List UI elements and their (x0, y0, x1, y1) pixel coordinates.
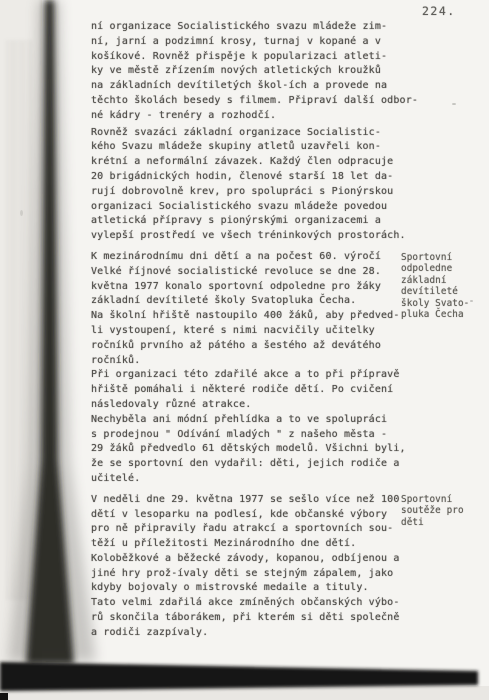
text-line: ní, jarní a podzimní krosy, turnaj v kop… (91, 35, 421, 50)
paragraph: V neděli dne 29. května 1977 se sešlo ví… (91, 493, 421, 641)
text-line: že se sportovní den vydařil: děti, jejic… (91, 457, 421, 472)
scan-background (0, 686, 489, 700)
text-line: děti (401, 517, 485, 528)
text-line: odpoledne (401, 263, 485, 274)
text-line: ročníků prvního až pátého a šestého až d… (91, 339, 421, 354)
scanner-margin (0, 0, 42, 700)
text-line: krétní a neformální závazek. Každý člen … (91, 155, 421, 170)
page-number: 224. (422, 4, 456, 18)
text-line: Rovněž svazáci základní organizace Socia… (91, 126, 421, 141)
text-line: školy Svato- (401, 298, 485, 309)
text-line: ročníků. (91, 354, 421, 369)
text-line: ní organizace Socialistického svazu mlád… (91, 20, 421, 35)
text-line: Tato velmi zdařilá akce zmíněných občans… (91, 596, 421, 611)
paragraph: ní organizace Socialistického svazu mlád… (91, 20, 421, 124)
text-line: K mezinárodnímu dni dětí a na počest 60.… (91, 250, 421, 265)
text-line: Koloběžkové a běžecké závody, kopanou, o… (91, 552, 421, 567)
text-line: základní (401, 275, 485, 286)
text-line: s prodejnou " Odívání mladých " z našeho… (91, 428, 421, 443)
text-line: kého Svazu mládeže skupiny atletů uzavře… (91, 140, 421, 155)
text-line: Na školní hřiště nastoupilo 400 žáků, ab… (91, 309, 421, 324)
text-line: li vystoupení, které s nimi nacvičily uč… (91, 324, 421, 339)
text-line: organizaci Socialistického svazu mládeže… (91, 200, 421, 215)
scan-speck (452, 103, 456, 105)
text-line: soutěže pro (401, 505, 485, 516)
text-line: učitelé. (91, 472, 421, 487)
text-line: 20 brigádnických hodin, členové starší 1… (91, 170, 421, 185)
text-line: Při organizaci této zdařilé akce a to př… (91, 368, 421, 383)
text-line: Sportovní (401, 252, 485, 263)
text-line: vylepší prostředí ve všech tréninkových … (91, 229, 421, 244)
body-text: ní organizace Socialistického svazu mlád… (91, 20, 421, 643)
text-line: košíkové. Rovněž přispěje k popularizaci… (91, 50, 421, 65)
text-line: rují dobrovolně krev, pro spolupráci s P… (91, 185, 421, 200)
paragraph: K mezinárodnímu dni dětí a na počest 60.… (91, 250, 421, 487)
paragraph: Rovněž svazáci základní organizace Socia… (91, 126, 421, 244)
text-line: rů skončila táborákem, při kterém si dět… (91, 611, 421, 626)
text-line: základní devítileté školy Svatopluka Čec… (91, 294, 421, 309)
text-line: V neděli dne 29. května 1977 se sešlo ví… (91, 493, 421, 508)
text-line: ky ve městě zřízením nových atletických … (91, 64, 421, 79)
text-line: Velké říjnové socialistické revoluce se … (91, 265, 421, 280)
text-line: hřiště pomáhali i některé rodiče dětí. P… (91, 383, 421, 398)
text-line: a rodiči zazpívaly. (91, 626, 421, 641)
text-line: pluka Čecha (401, 309, 485, 320)
text-line: Sportovní (401, 494, 485, 505)
text-line: května 1977 konalo sportovní odpoledne p… (91, 280, 421, 295)
text-line: dětí v lesoparku na podlesí, kde občansk… (91, 508, 421, 523)
text-line: atletická přípravy s pionýrskými organiz… (91, 214, 421, 229)
text-line: na základních devítiletých škol-ích a pr… (91, 79, 421, 94)
text-line: jiné hry prož-ívaly děti se stejným zápa… (91, 567, 421, 582)
text-line: těží u příležitosti Mezinárodního dne dě… (91, 537, 421, 552)
text-line: devítileté (401, 286, 485, 297)
text-line: pro ně připravily řadu atrakcí a sportov… (91, 522, 421, 537)
margin-note: Sportovnísoutěže proděti (401, 494, 485, 528)
text-line: Nechyběla ani módní přehlídka a to ve sp… (91, 413, 421, 428)
text-line: 29 žáků předvedlo 61 dětských modelů. Vš… (91, 442, 421, 457)
text-line: následovaly různé atrakce. (91, 398, 421, 413)
margin-note: Sportovníodpolednezákladnídevítiletéškol… (401, 252, 485, 320)
scan-smudge (6, 40, 32, 600)
text-line: né kádry - trenéry a rozhodčí. (91, 109, 421, 124)
text-line: těchto školách besedy s filmem. Připraví… (91, 94, 421, 109)
text-line: kdyby bojovaly o mistrovské medaile a ti… (91, 581, 421, 596)
